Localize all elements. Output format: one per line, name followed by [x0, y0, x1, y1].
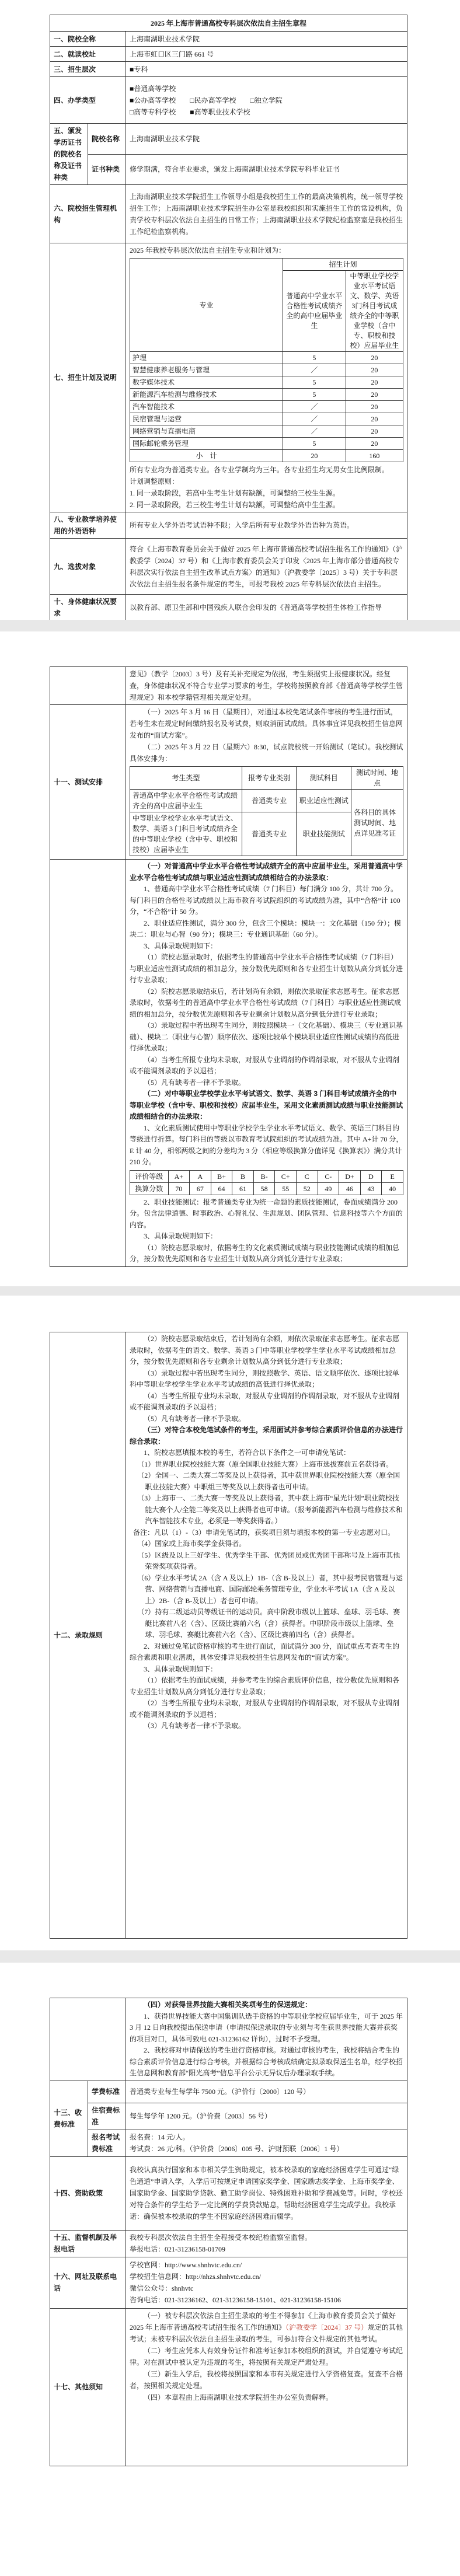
financial-aid-value: 我校认真执行国家和本市相关学生资助规定，被本校录取的家庭经济困难学生可通过“绿色… [126, 2156, 407, 2230]
plan-zz: 20 [346, 389, 403, 401]
score-cell: 43 [360, 1182, 382, 1195]
grade-cell: C+ [275, 1170, 297, 1182]
document-page-2: 意见》（教学〔2003〕3 号）及有关补充规定为依据，考生须据实上报健康状况。经… [0, 631, 460, 1286]
school-name-value: 上海南湖职业技术学院 [126, 32, 407, 47]
row-label-school-name: 一、院校全称 [50, 32, 126, 47]
plan-total-zz: 160 [346, 450, 403, 462]
rules-part3-item: 3、具体录取规则如下： [130, 1664, 403, 1676]
row-label-campus-address: 二、就读校址 [50, 47, 126, 62]
grade-cell: E [382, 1170, 403, 1182]
plan-gk: 5 [283, 352, 346, 364]
exam-fee-line1: 报名费：14 元/人。 [130, 2131, 403, 2143]
school-type-value: ■普通高等学校 ■公办高等学校 □民办高等学校 □独立学院 □高等专科学校 ■高… [126, 77, 407, 124]
cert-school-name-value: 上海南湖职业技术学院 [126, 124, 407, 155]
health-value-p2: 意见》（教学〔2003〕3 号）及有关补充规定为依据，考生须据实上报健康状况。经… [126, 667, 407, 705]
major-name: 网络营销与直播电商 [130, 425, 283, 438]
plan-cell: 2025 年我校专科层次依法自主招生专业和计划为： 专业 招生计划 普通高中学业… [126, 243, 407, 512]
exemption-note: 备注：凡以（1）-（3）申请免笔试的，获奖项目须与填报本校的第一专业志愿对口。 [130, 1527, 403, 1539]
row-label-admin-org: 六、院校招生管理机构 [50, 185, 126, 243]
test-row1-category: 普通类专业 [242, 790, 297, 812]
grade-cell: B- [253, 1170, 275, 1182]
consult-phone: 咨询电话：021-31236162、021-31236158-15101、021… [130, 2294, 403, 2306]
rules-part3-item: （3）凡有缺考者一律不予录取。 [130, 1720, 403, 1732]
admission-website-url: 学校招生信息网：http://nhzs.shnhvtc.edu.cn/ [130, 2271, 403, 2282]
school-website-url: 学校官网：http://www.shnhvtc.edu.cn/ [130, 2259, 403, 2271]
test-time-place-value: 各科目的具体测试时间、地点详见准考证 [351, 790, 403, 856]
sublabel-exam-fee: 报名考试费标准 [88, 2130, 126, 2156]
document-page-3: 十二、录取规则 （2）院校志愿录取结束后，若计划尚有余额，则依次录取征求志愿考生… [0, 1296, 460, 1950]
test-schedule-table: 考生类型 报考专业类别 测试科目 测试时间、地点 普通高中学业水平合格性考试成绩… [130, 766, 403, 856]
charter-table-page3: 十二、录取规则 （2）院校志愿录取结束后，若计划尚有余额，则依次录取征求志愿考生… [50, 1332, 407, 1939]
page-gap [0, 620, 460, 631]
other-note-1-citation: （沪教委学〔2024〕37 号） [285, 2323, 368, 2331]
row-label-other-notes: 十七、其他须知 [50, 2308, 126, 2466]
rules-part4-item: 2、我校将对申请保送的考生进行资格审核。对通过审核的考生，我校将结合考生的综合素… [130, 2045, 403, 2079]
score-cell: 46 [339, 1182, 361, 1195]
grade-row: 评价等级 A+ A B+ B B- C+ C C- D+ [130, 1170, 403, 1182]
row-label-supervision: 十五、监督机制及举报电话 [50, 2230, 126, 2257]
major-name: 智慧健康养老服务与管理 [130, 364, 283, 376]
school-type-line1: ■普通高等学校 [130, 83, 403, 95]
test-arrangement-cell: （一）2025 年 3 月 16 日（星期日），对通过本校免笔试条件审核的考生进… [126, 705, 407, 860]
plan-gk: ／ [283, 425, 346, 438]
test-col-subject: 测试科目 [297, 767, 351, 790]
grade-cell: C- [318, 1170, 339, 1182]
page-gap [0, 1950, 460, 1963]
row-label-enroll-level: 三、招生层次 [50, 62, 126, 77]
grade-cell: D [360, 1170, 382, 1182]
score-cell: 67 [190, 1182, 211, 1195]
plan-row: 护理520 [130, 352, 403, 364]
charter-table-page2: 意见》（教学〔2003〕3 号）及有关补充规定为依据，考生须据实上报健康状况。经… [50, 666, 407, 1267]
charter-table-page4: （四）对获得世界技能大赛相关奖项考生的保送规定： 1、获得世界技能大赛中国集训队… [50, 1998, 407, 2466]
sublabel-tuition: 学费标准 [88, 2081, 126, 2103]
plan-gk: 5 [283, 438, 346, 450]
grade-cell: A [190, 1170, 211, 1182]
plan-gk: ／ [283, 364, 346, 376]
wechat-account: 微信公众号：shnhvtc [130, 2282, 403, 2294]
school-type-line2: ■公办高等学校 □民办高等学校 □独立学院 [130, 95, 403, 106]
plan-row: 民宿管理与运营／20 [130, 413, 403, 425]
plan-total-gk: 20 [283, 450, 346, 462]
row-label-financial-aid: 十四、资助政策 [50, 2156, 126, 2230]
exemption-item: （2）全国一、二类大赛二等奖及以上获得者，其中获世界职业院校技能大赛（原全国职业… [130, 1470, 403, 1493]
major-name: 汽车智能技术 [130, 401, 283, 413]
health-label-cont [50, 667, 126, 705]
major-name: 数字媒体技术 [130, 376, 283, 389]
rules-part2-item: （2）院校志愿录取结束后，若计划尚有余额，则依次录取征求志愿考生。征求志愿录取时… [130, 1334, 403, 1368]
rules-part1-item: （4）当考生所报专业均未录取，对服从专业调剂的作调剂录取，对不服从专业调剂或不能… [130, 1055, 403, 1077]
rules-part1-item: （2）院校志愿录取结束后，若计划尚有余额，则依次录取征求志愿考生。征求志愿录取时… [130, 986, 403, 1021]
plan-col-major: 专业 [130, 259, 283, 352]
test-row2-subject: 职业技能测试 [297, 812, 351, 856]
major-name: 新能源汽车检测与维修技术 [130, 389, 283, 401]
score-cell: 58 [253, 1182, 275, 1195]
row-label-foreign-language: 八、专业教学培养使用的外语语种 [50, 512, 126, 539]
accommodation-value: 每生每学年 1200 元。（沪价费〔2003〕56 号） [126, 2103, 407, 2130]
plan-note3: 1. 同一录取阶段，若高中生考生计划有缺额，可调整给三校生生源。 [130, 487, 403, 499]
rules-part1-item: （1）院校志愿录取时，依据考生的普通高中学业水平合格性考试成绩（7 门科目）与职… [130, 952, 403, 986]
contact-cell: 学校官网：http://www.shnhvtc.edu.cn/ 学校招生信息网：… [126, 2257, 407, 2308]
rules-part2-item: 1、文化素质测试使用中等职业学校学生学业水平考试语文、数学、英语三门科目的等级进… [130, 1123, 403, 1168]
admission-rules-label-p4 [50, 1998, 126, 2081]
plan-row: 汽车智能技术／20 [130, 401, 403, 413]
test-col-major-category: 报考专业类别 [242, 767, 297, 790]
score-cell: 61 [232, 1182, 254, 1195]
other-note-3: （三）新生入学后，我校将按照国家和本市有关规定进行入学资格复查。复查不合格者，按… [130, 2368, 403, 2392]
test-row1-type: 普通高中学业水平合格性考试成绩齐全的高中应届毕业生 [130, 790, 242, 812]
charter-table-page1: 2025 年上海市普通高校专科层次依法自主招生章程 一、院校全称 上海南湖职业技… [50, 15, 407, 620]
plan-row: 新能源汽车检测与维修技术520 [130, 389, 403, 401]
score-cell: 70 [168, 1182, 190, 1195]
test-col-candidate-type: 考生类型 [130, 767, 242, 790]
rules-part2-item: （4）当考生所报专业均未录取，对服从专业调剂的作调剂录取，对不服从专业调剂或不能… [130, 1391, 403, 1413]
exemption-item: （6）学业水平考试 2A（含 A 及以上）1B-（含 B-及以上）者，其中报考民… [130, 1573, 403, 1607]
plan-col-gaokao: 普通高中学业水平合格性考试成绩齐全的高中应届毕业生 [283, 271, 346, 352]
row-label-health: 十、身体健康状况要求 [50, 595, 126, 620]
rules-part1-item: 3、具体录取规则如下： [130, 941, 403, 952]
row-label-contact: 十六、网址及联系电话 [50, 2257, 126, 2308]
row-label-certificate: 五、颁发学历证书的院校名称及证书种类 [50, 124, 88, 185]
major-name: 国际邮轮乘务管理 [130, 438, 283, 450]
test-para-2: （二）2025 年 3 月 22 日（星期六）8:30，试点院校统一开始测试（笔… [130, 741, 403, 765]
score-header: 换算分数 [130, 1182, 169, 1195]
plan-gk: ／ [283, 401, 346, 413]
rules-part3-item: 2、对通过免笔试资格审核的考生进行面试，面试满分 300 分，面试重点考查考生的… [130, 1641, 403, 1664]
rules-part4-title: （四）对获得世界技能大赛相关奖项考生的保送规定： [130, 1999, 403, 2011]
test-para-1: （一）2025 年 3 月 16 日（星期日），对通过本校免笔试条件审核的考生进… [130, 706, 403, 741]
other-note-4: （四）本章程由上海南湖职业技术学院招生办公室负责解释。 [130, 2392, 403, 2403]
test-row1-subject: 职业适应性测试 [297, 790, 351, 812]
rules-part2-item: （3）录取过程中若出现考生同分，则按照数学、英语、语文顺序依次、逐项比较单科中等… [130, 1368, 403, 1391]
page-gap [0, 1286, 460, 1296]
document-page-1: 2025 年上海市普通高校专科层次依法自主招生章程 一、院校全称 上海南湖职业技… [0, 0, 460, 620]
school-type-line3: □高等专科学校 ■高等职业技术学校 [130, 106, 403, 118]
row-label-plan: 七、招生计划及说明 [50, 243, 126, 512]
sublabel-accommodation: 住宿费标准 [88, 2103, 126, 2130]
rules-part2-item: （1）院校志愿录取时，依据考生的文化素质测试成绩与职业技能测试成绩的相加总分，按… [130, 1242, 403, 1265]
sublabel-cert-type: 证书种类 [88, 154, 126, 185]
row-label-candidates: 九、选拔对象 [50, 539, 126, 595]
plan-total-row: 小 计20160 [130, 450, 403, 462]
plan-zz: 20 [346, 352, 403, 364]
admission-rules-part4-cell: （四）对获得世界技能大赛相关奖项考生的保送规定： 1、获得世界技能大赛中国集训队… [126, 1998, 407, 2081]
grade-conversion-table: 评价等级 A+ A B+ B B- C+ C C- D+ [130, 1170, 403, 1195]
test-col-time-place: 测试时间、地点 [351, 767, 403, 790]
campus-address-value: 上海市虹口区三门路 661 号 [126, 47, 407, 62]
grade-cell: D+ [339, 1170, 361, 1182]
tuition-value: 普通类专业每生每学年 7500 元。（沪价行〔2000〕120 号） [126, 2081, 407, 2103]
major-name: 民宿管理与运营 [130, 413, 283, 425]
plan-note1: 所有专业均为普通类专业。各专业学制均为三年。各专业招生均无男女生比例限制。 [130, 464, 403, 476]
plan-zz: 20 [346, 425, 403, 438]
supervision-line1: 我校专科层次依法自主招生全程接受本校纪检监察室监督。 [130, 2232, 403, 2243]
rules-part3-intro: 1、院校志愿填报本校的考生，若符合以下条件之一可申请免笔试： [130, 1447, 403, 1459]
other-notes-cell: （一）被专科层次依法自主招生录取的考生不得参加《上海市教育委员会关于做好 202… [126, 2308, 407, 2466]
exemption-item: （1）世界职业院校技能大赛（原全国职业技能大赛）上海市选拔赛前五名获得者。 [130, 1459, 403, 1471]
row-label-test-arrangement: 十一、测试安排 [50, 705, 126, 860]
plan-zz: 20 [346, 364, 403, 376]
rules-part1-item: （5）凡有缺考者一律不予录取。 [130, 1077, 403, 1089]
admission-rules-part1-cell: （一）对普通高中学业水平合格性考试成绩齐全的高中应届毕业生，采用普通高中学业水平… [126, 860, 407, 1267]
cert-type-value: 修学期满，符合毕业要求，颁发上海南湖职业技术学院专科毕业证书 [126, 154, 407, 185]
exemption-item: （4）国家或上海市奖学金获得者。 [130, 1538, 403, 1550]
major-name: 护理 [130, 352, 283, 364]
score-cell: 52 [296, 1182, 318, 1195]
report-phone: 举报电话：021-31236158-01709 [130, 2243, 403, 2255]
rules-part4-item: 1、获得世界技能大赛中国集训队选手资格的中等职业学校应届毕业生，可于 2025 … [130, 2011, 403, 2046]
plan-zz: 20 [346, 376, 403, 389]
admission-rules-part2c-cell: （2）院校志愿录取结束后，若计划尚有余额，则依次录取征求志愿考生。征求志愿录取时… [126, 1332, 407, 1939]
score-cell: 40 [382, 1182, 403, 1195]
exam-fee-value: 报名费：14 元/人。 考试费：26 元/科。（沪价费〔2006〕005 号、沪… [126, 2130, 407, 2156]
exam-fee-line2: 考试费：26 元/科。（沪价费〔2006〕005 号、沪财预联〔2006〕1 号… [130, 2143, 403, 2155]
score-cell: 64 [211, 1182, 232, 1195]
plan-note4: 2. 同一录取阶段，若三校生考生计划有缺额，可调整给高中生生源。 [130, 499, 403, 511]
plan-gk: ／ [283, 413, 346, 425]
charter-title: 2025 年上海市普通高校专科层次依法自主招生章程 [50, 15, 407, 32]
plan-col-group: 招生计划 [283, 259, 403, 271]
rules-part1-item: （3）录取过程中若出现考生同分，则按照模块一（文化基础）、模块三（专业通识基础）… [130, 1020, 403, 1055]
row-label-fees: 十三、收费标准 [50, 2081, 88, 2156]
exemption-item: （3）上海市一、二类大赛一等奖及以上获得者，其中获上海市“星光计划”职业院校技能… [130, 1493, 403, 1527]
score-cell: 49 [318, 1182, 339, 1195]
document-page-4: （四）对获得世界技能大赛相关奖项考生的保送规定： 1、获得世界技能大赛中国集训队… [0, 1963, 460, 2576]
plan-row: 智慧健康养老服务与管理／20 [130, 364, 403, 376]
plan-total-label: 小 计 [130, 450, 283, 462]
rules-part1-title: （一）对普通高中学业水平合格性考试成绩齐全的高中应届毕业生，采用普通高中学业水平… [130, 861, 403, 884]
plan-row: 数字媒体技术520 [130, 376, 403, 389]
other-note-2: （二）考生应凭本人有效身份证件和准考证参加本校组织的测试，并自觉遵守考试纪律。对… [130, 2345, 403, 2368]
rules-part2-item: （5）凡有缺考者一律不予录取。 [130, 1413, 403, 1425]
score-cell: 55 [275, 1182, 297, 1195]
plan-row: 国际邮轮乘务管理520 [130, 438, 403, 450]
plan-zz: 20 [346, 401, 403, 413]
score-row: 换算分数 70 67 64 61 58 55 52 49 46 [130, 1182, 403, 1195]
plan-row: 网络营销与直播电商／20 [130, 425, 403, 438]
plan-gk: 5 [283, 389, 346, 401]
plan-gk: 5 [283, 376, 346, 389]
plan-zz: 20 [346, 413, 403, 425]
row-label-admission-rules: 十二、录取规则 [50, 1332, 126, 1939]
admin-org-value: 上海南湖职业技术学院招生工作领导小组是我校招生工作的最高决策机构，统一领导学校招… [126, 185, 407, 243]
test-row2-type: 中等职业学校学业水平考试语文、数学、英语 3 门科目考试成绩齐全的中等职业学校（… [130, 812, 242, 856]
test-row2-category: 普通类专业 [242, 812, 297, 856]
rules-part1-item: 1、普通高中学业水平合格性考试成绩（7 门科目）每门满分 100 分，共计 70… [130, 884, 403, 918]
plan-col-sanxiao: 中等职业学校学业水平考试语文、数学、英语3门科目考试成绩齐全的中等职业学校（含中… [346, 271, 403, 352]
enroll-level-value: ■专科 [126, 62, 407, 77]
exemption-item: （5）区级及以上三好学生、优秀学生干部、优秀团员或优秀团干部称号及上海市其他荣誉… [130, 1550, 403, 1573]
admission-rules-label-p2 [50, 860, 126, 1267]
rules-part1-item: 2、职业适应性测试，满分 300 分，包含三个模块：模块一：文化基础（150 分… [130, 918, 403, 941]
other-note-1: （一）被专科层次依法自主招生录取的考生不得参加《上海市教育委员会关于做好 202… [130, 2310, 403, 2345]
plan-zz: 20 [346, 438, 403, 450]
rules-part2-item: 2、职业技能测试：报考普通类专业为统一命题的素质技能测试，卷面成绩满分 200 … [130, 1197, 403, 1231]
candidates-value: 符合《上海市教育委员会关于做好 2025 年上海市普通高校考试招生报名工作的通知… [126, 539, 407, 595]
rules-part2-item: 3、具体录取规则如下： [130, 1231, 403, 1242]
grade-cell: B+ [211, 1170, 232, 1182]
rules-part2-title: （二）对中等职业学校学业水平考试语文、数学、英语 3 门科目考试成绩齐全的中等职… [130, 1088, 403, 1123]
enrollment-plan-table: 专业 招生计划 普通高中学业水平合格性考试成绩齐全的高中应届毕业生 中等职业学校… [130, 258, 403, 462]
health-value-p1: 以教育部、原卫生部和中国残疾人联合会印发的《普通高等学校招生体检工作指导 [126, 595, 407, 620]
exemption-item: （7）持有二级运动员等级证书的运动员。高中阶段市级以上篮球、垒球、羽毛球、赛艇比… [130, 1607, 403, 1641]
grade-cell: B [232, 1170, 254, 1182]
foreign-language-value: 所有专业入学外语考试语种不限；入学后所有专业教学外语语种为英语。 [126, 512, 407, 539]
rules-part3-item: （2）当考生所报专业均未录取，对服从专业调剂的作调剂录取，对不服从专业调剂或不能… [130, 1698, 403, 1720]
row-label-school-type: 四、办学类型 [50, 77, 126, 124]
plan-intro: 2025 年我校专科层次依法自主招生专业和计划为： [130, 245, 403, 256]
sublabel-cert-school-name: 院校名称 [88, 124, 126, 155]
grade-cell: C [296, 1170, 318, 1182]
grade-header: 评价等级 [130, 1170, 169, 1182]
supervision-cell: 我校专科层次依法自主招生全程接受本校纪检监察室监督。 举报电话：021-3123… [126, 2230, 407, 2257]
rules-part3-title: （三）对符合本校免笔试条件的考生，采用面试并参考综合素质评价信息的办法进行综合录… [130, 1425, 403, 1447]
grade-cell: A+ [168, 1170, 190, 1182]
rules-part3-item: （1）依据考生的面试成绩，并参考考生的综合素质评价信息，按分数优先原则和各专业招… [130, 1675, 403, 1698]
plan-note2: 计划调整原则： [130, 476, 403, 487]
